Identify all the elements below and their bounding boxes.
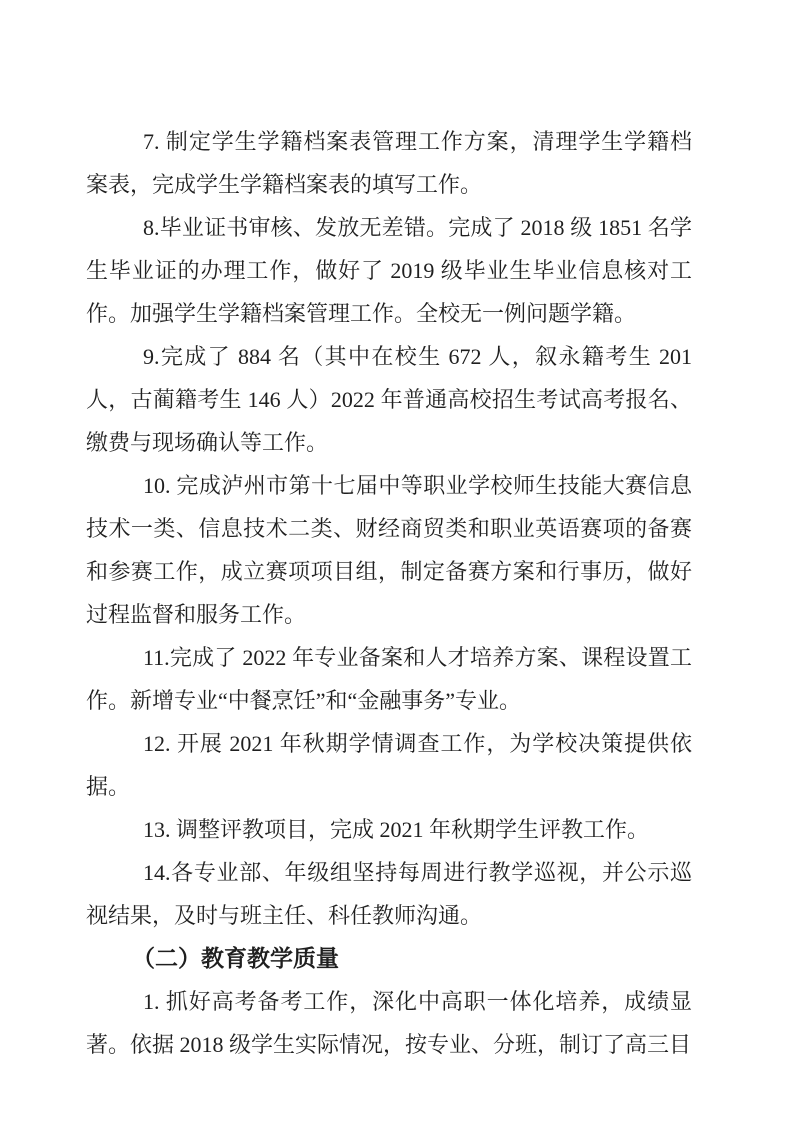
paragraph-item-12: 12. 开展 2021 年秋期学情调查工作，为学校决策提供依据。 [86, 722, 692, 808]
paragraph-item-1: 1. 抓好高考备考工作，深化中高职一体化培养，成绩显著。依据 2018 级学生实… [86, 980, 692, 1066]
paragraph-item-9: 9.完成了 884 名（其中在校生 672 人，叙永籍考生 201 人，古蔺籍考… [86, 335, 692, 464]
paragraph-item-14: 14.各专业部、年级组坚持每周进行教学巡视，并公示巡视结果，及时与班主任、科任教… [86, 851, 692, 937]
paragraph-item-10: 10. 完成泸州市第十七届中等职业学校师生技能大赛信息技术一类、信息技术二类、财… [86, 464, 692, 636]
paragraph-item-7: 7. 制定学生学籍档案表管理工作方案，清理学生学籍档案表，完成学生学籍档案表的填… [86, 120, 692, 206]
paragraph-item-13: 13. 调整评教项目，完成 2021 年秋期学生评教工作。 [86, 808, 692, 851]
paragraph-item-11: 11.完成了 2022 年专业备案和人才培养方案、课程设置工作。新增专业“中餐烹… [86, 636, 692, 722]
document-page: 7. 制定学生学籍档案表管理工作方案，清理学生学籍档案表，完成学生学籍档案表的填… [0, 0, 793, 1122]
document-content: 7. 制定学生学籍档案表管理工作方案，清理学生学籍档案表，完成学生学籍档案表的填… [86, 120, 692, 1066]
paragraph-item-8: 8.毕业证书审核、发放无差错。完成了 2018 级 1851 名学生毕业证的办理… [86, 206, 692, 335]
section-heading: （二）教育教学质量 [86, 937, 692, 980]
